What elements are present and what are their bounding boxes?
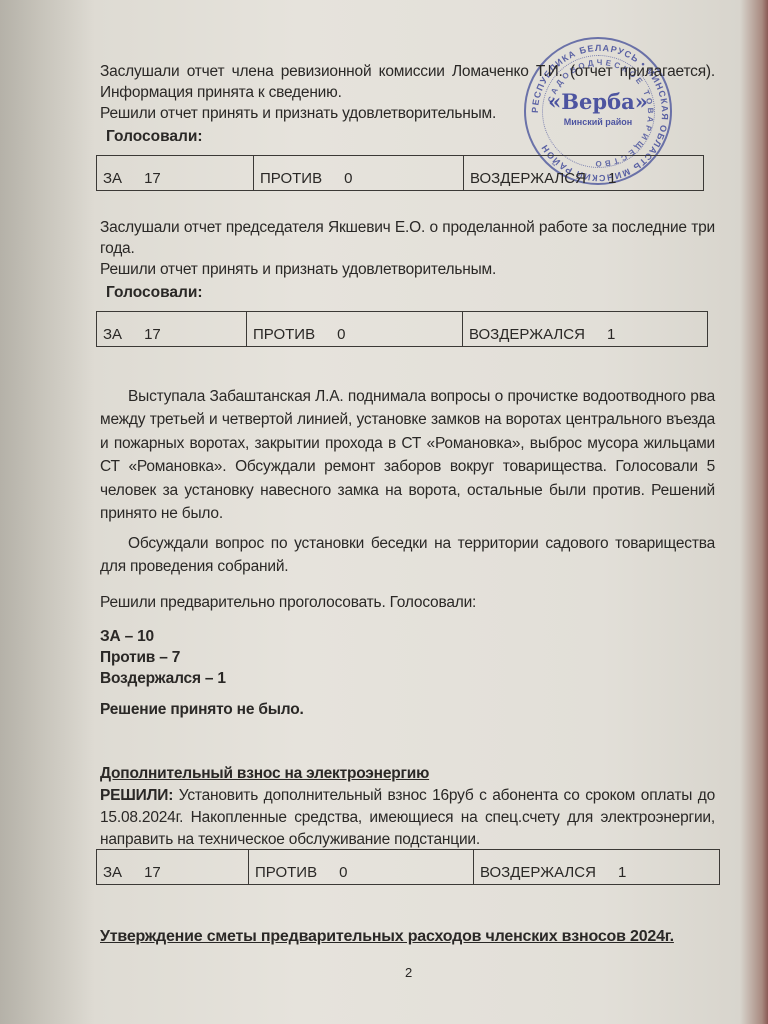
section3-vote-results: ЗА – 10 Против – 7 Воздержался – 1 bbox=[100, 626, 715, 689]
vote-for-cell: ЗА17 bbox=[97, 850, 249, 884]
section4-vote-table: ЗА17 ПРОТИВ0 ВОЗДЕРЖАЛСЯ1 bbox=[96, 849, 720, 885]
vote-abstain-result: Воздержался – 1 bbox=[100, 670, 226, 687]
decided-label: РЕШИЛИ: bbox=[100, 787, 173, 804]
vote-abstain-cell: ВОЗДЕРЖАЛСЯ1 bbox=[474, 850, 719, 884]
vote-for-cell: ЗА17 bbox=[97, 312, 247, 346]
vote-for-result: ЗА – 10 bbox=[100, 628, 154, 645]
section2-report: Заслушали отчет председателя Якшевич Е.О… bbox=[100, 219, 715, 257]
vote-against-result: Против – 7 bbox=[100, 649, 180, 666]
section5-heading: Утверждение сметы предварительных расход… bbox=[100, 926, 715, 947]
section1-vote-label: Голосовали: bbox=[106, 128, 203, 146]
vote-abstain-cell: ВОЗДЕРЖАЛСЯ1 bbox=[463, 312, 707, 346]
section4-decision: Установить дополнительный взнос 16руб с … bbox=[100, 787, 715, 848]
section2-decision: Решили отчет принять и признать удовлетв… bbox=[100, 261, 496, 278]
section4-text: РЕШИЛИ: Установить дополнительный взнос … bbox=[100, 785, 715, 851]
section3-prevote: Решили предварительно проголосовать. Гол… bbox=[100, 592, 715, 613]
vote-against-cell: ПРОТИВ0 bbox=[254, 156, 464, 190]
vote-for-cell: ЗА17 bbox=[97, 156, 254, 190]
section3-gazebo: Обсуждали вопрос по установки беседки на… bbox=[100, 532, 715, 578]
section1-report: Заслушали отчет члена ревизионной комисс… bbox=[100, 63, 715, 101]
vote-against-cell: ПРОТИВ0 bbox=[247, 312, 463, 346]
section1-decision: Решили отчет принять и признать удовлетв… bbox=[100, 105, 496, 122]
section3-speech: Выступала Забаштанская Л.А. поднимала во… bbox=[100, 385, 715, 525]
section3-result: Решение принято не было. bbox=[100, 699, 715, 720]
vote-abstain-cell: ВОЗДЕРЖАЛСЯ1 bbox=[464, 156, 703, 190]
page-number: 2 bbox=[405, 965, 412, 980]
section1-vote-table: ЗА17 ПРОТИВ0 ВОЗДЕРЖАЛСЯ1 bbox=[96, 155, 704, 191]
section1-text: Заслушали отчет члена ревизионной комисс… bbox=[100, 61, 715, 124]
vote-against-cell: ПРОТИВ0 bbox=[249, 850, 474, 884]
page-curl-shadow bbox=[0, 0, 95, 1024]
section4-heading: Дополнительный взнос на электроэнергию bbox=[100, 763, 715, 784]
section2-vote-table: ЗА17 ПРОТИВ0 ВОЗДЕРЖАЛСЯ1 bbox=[96, 311, 708, 347]
section2-text: Заслушали отчет председателя Якшевич Е.О… bbox=[100, 217, 715, 280]
section2-vote-label: Голосовали: bbox=[106, 284, 203, 302]
